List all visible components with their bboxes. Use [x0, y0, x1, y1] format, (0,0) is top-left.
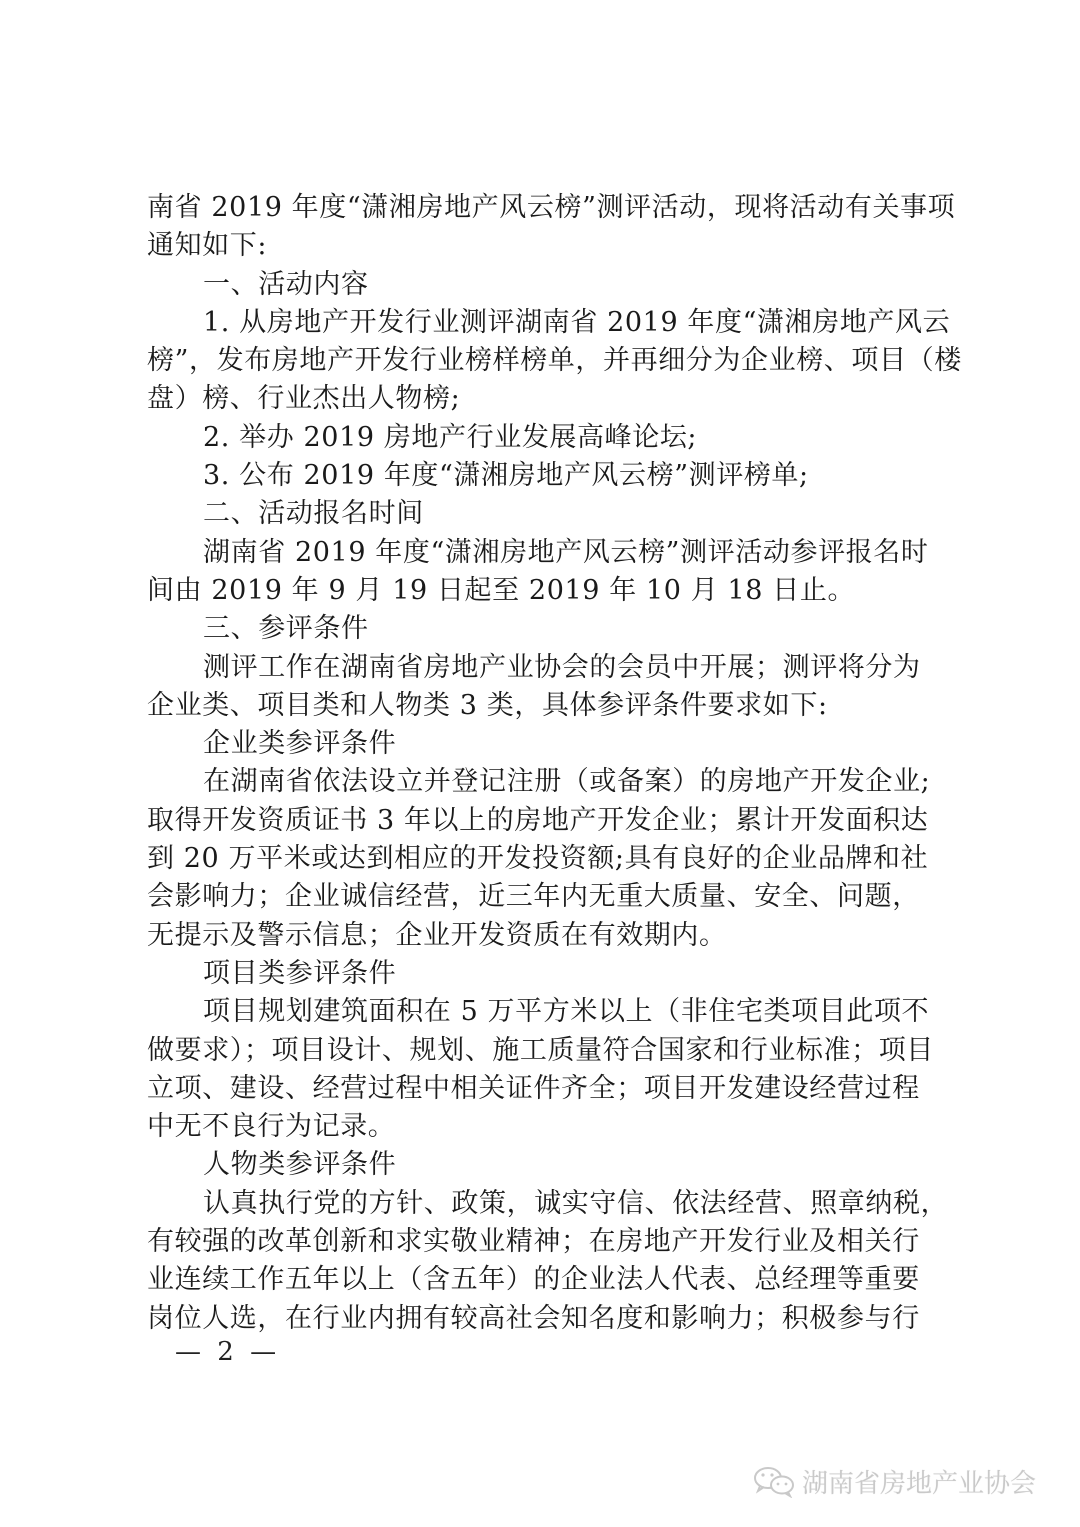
- text-line: 南省 2019 年度“潇湘房地产风云榜”测评活动，现将活动有关事项: [147, 189, 937, 227]
- text-line: 测评工作在湖南省房地产业协会的会员中开展；测评将分为: [147, 649, 937, 687]
- text-line: 湖南省 2019 年度“潇湘房地产风云榜”测评活动参评报名时: [147, 534, 937, 572]
- text-line: 做要求）；项目设计、规划、施工质量符合国家和行业标准；项目: [147, 1032, 937, 1070]
- section-heading-eligibility: 三、参评条件: [147, 610, 937, 648]
- subheading-person-criteria: 人物类参评条件: [147, 1146, 937, 1184]
- text-line: 3. 公布 2019 年度“潇湘房地产风云榜”测评榜单;: [147, 457, 937, 495]
- section-heading-activity-content: 一、活动内容: [147, 266, 937, 304]
- text-line: 2. 举办 2019 房地产行业发展高峰论坛;: [147, 419, 937, 457]
- text-line: 业连续工作五年以上（含五年）的企业法人代表、总经理等重要: [147, 1261, 937, 1299]
- text-line: 企业类、项目类和人物类 3 类，具体参评条件要求如下:: [147, 687, 937, 725]
- subheading-enterprise-criteria: 企业类参评条件: [147, 725, 937, 763]
- text-line: 会影响力；企业诚信经营，近三年内无重大质量、安全、问题，: [147, 878, 937, 916]
- subheading-project-criteria: 项目类参评条件: [147, 955, 937, 993]
- watermark: 湖南省房地产业协会: [752, 1463, 1036, 1500]
- text-line: 有较强的改革创新和求实敬业精神；在房地产开发行业及相关行: [147, 1223, 937, 1261]
- text-line: 榜”，发布房地产开发行业榜样榜单，并再细分为企业榜、项目（楼: [147, 342, 937, 380]
- text-line: 岗位人选，在行业内拥有较高社会知名度和影响力；积极参与行: [147, 1300, 937, 1338]
- text-line: 通知如下:: [147, 227, 937, 265]
- text-line: 取得开发资质证书 3 年以上的房地产开发企业；累计开发面积达: [147, 802, 937, 840]
- text-line: 1. 从房地产开发行业测评湖南省 2019 年度“潇湘房地产风云: [147, 304, 937, 342]
- wechat-icon: [752, 1466, 796, 1498]
- section-heading-registration-time: 二、活动报名时间: [147, 495, 937, 533]
- page-number: — 2 —: [175, 1337, 280, 1367]
- text-line: 认真执行党的方针、政策，诚实守信、依法经营、照章纳税，: [147, 1185, 937, 1223]
- text-line: 无提示及警示信息；企业开发资质在有效期内。: [147, 917, 937, 955]
- text-line: 间由 2019 年 9 月 19 日起至 2019 年 10 月 18 日止。: [147, 572, 937, 610]
- text-line: 在湖南省依法设立并登记注册（或备案）的房地产开发企业;: [147, 763, 937, 801]
- text-line: 盘）榜、行业杰出人物榜;: [147, 380, 937, 418]
- watermark-text: 湖南省房地产业协会: [802, 1463, 1036, 1500]
- text-line: 立项、建设、经营过程中相关证件齐全；项目开发建设经营过程: [147, 1070, 937, 1108]
- document-page: 南省 2019 年度“潇湘房地产风云榜”测评活动，现将活动有关事项 通知如下: …: [147, 189, 937, 1338]
- text-line: 到 20 万平米或达到相应的开发投资额;具有良好的企业品牌和社: [147, 840, 937, 878]
- text-line: 中无不良行为记录。: [147, 1108, 937, 1146]
- text-line: 项目规划建筑面积在 5 万平方米以上（非住宅类项目此项不: [147, 993, 937, 1031]
